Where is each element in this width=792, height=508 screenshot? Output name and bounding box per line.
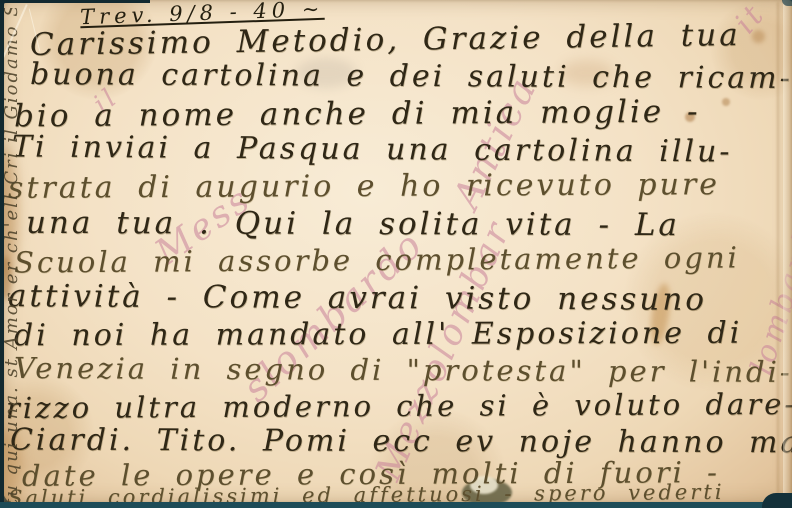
handwritten-line: di noi ha mandato all' Esposizione di — [14, 316, 742, 354]
handwritten-line: Venezia in segno di "protesta" per l'ind… — [14, 351, 792, 389]
handwritten-line: buona cartolina e dei saluti che ricam- — [30, 57, 792, 96]
handwritten-line: rizzo ultra moderno che si è voluto dare… — [6, 387, 792, 425]
left-margin-note: tu qui una. st Amor er ch'ell Cri il Gio… — [1, 8, 31, 506]
handwritten-line: bio a nome anche di mia moglie - — [14, 94, 701, 135]
handwritten-line: attività - Come avrai visto nessuno — [8, 278, 707, 318]
photo-background-edge — [762, 493, 792, 508]
postcard-photo: MessslombardoAnticaitMezzolombarlombardo… — [0, 0, 792, 508]
handwritten-line: una tua . Qui la solita vita - La — [26, 205, 680, 243]
photo-background-edge — [0, 502, 792, 508]
handwritten-line: Ti inviai a Pasqua una cartolina illu- — [12, 129, 733, 169]
photo-background-edge — [0, 0, 150, 3]
photo-background-edge — [0, 0, 4, 508]
handwritten-line: Scuola mi assorbe completamente ogni — [14, 240, 740, 279]
handwritten-line: strata di augurio e ho ricevuto pure — [8, 167, 720, 206]
